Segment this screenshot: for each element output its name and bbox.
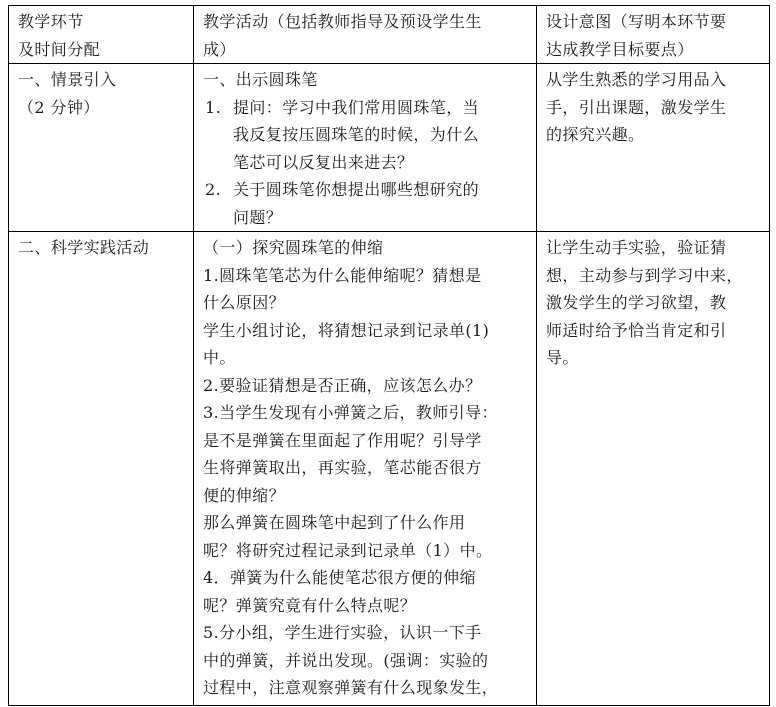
- header-intent-cell: 设计意图（写明本环节要 达成教学目标要点）: [537, 6, 770, 64]
- header-stage-line: 教学环节: [18, 8, 185, 36]
- intent-line: 手，引出课题，激发学生: [546, 94, 761, 122]
- activity-line: 学生小组讨论，将猜想记录到记录单(1): [203, 317, 528, 345]
- header-stage-cell: 教学环节 及时间分配: [9, 6, 194, 64]
- intent-cell: 让学生动手实验，验证猜 想，主动参与到学习中来， 激发学生的学习欲望，教 师适时…: [537, 232, 770, 706]
- header-activity-line: 教学活动（包括教师指导及预设学生生: [203, 8, 528, 36]
- activity-line: 那么弹簧在圆珠笔中起到了什么作用: [203, 509, 528, 537]
- activity-line: 呢？将研究过程记录到记录单（1）中。: [203, 537, 528, 565]
- activity-line: 中的弹簧，并说出发现。(强调：实验的: [203, 647, 528, 675]
- stage-cell: 一、情景引入 （2 分钟）: [9, 64, 194, 232]
- activity-line: 什么原因？: [203, 289, 528, 317]
- intent-line: 师适时给予恰当肯定和引: [546, 317, 761, 345]
- list-number: 2.: [203, 176, 233, 231]
- activity-list-item: 1. 提问：学习中我们常用圆珠笔，当 我反复按压圆珠笔的时候，为什么 笔芯可以反…: [203, 94, 528, 177]
- table-row-practice: 二、科学实践活动 （一）探究圆珠笔的伸缩 1.圆珠笔笔芯为什么能伸缩呢？猜想是 …: [9, 232, 770, 706]
- header-intent-line: 设计意图（写明本环节要: [546, 8, 761, 36]
- activity-line: 5.分小组，学生进行实验，认识一下手: [203, 619, 528, 647]
- activity-line: 1.圆珠笔笔芯为什么能伸缩呢？猜想是: [203, 262, 528, 290]
- activity-line: 生将弹簧取出，再实验，笔芯能否很方: [203, 454, 528, 482]
- activity-list-item: 2. 关于圆珠笔你想提出哪些想研究的 问题？: [203, 176, 528, 231]
- activity-line: 4．弹簧为什么能使笔芯很方便的伸缩: [203, 564, 528, 592]
- intent-line: 想，主动参与到学习中来，: [546, 262, 761, 290]
- lesson-plan-table: 教学环节 及时间分配 教学活动（包括教师指导及预设学生生 成） 设计意图（写明本…: [8, 5, 770, 706]
- list-item-line: 问题？: [233, 204, 528, 232]
- activity-cell: （一）探究圆珠笔的伸缩 1.圆珠笔笔芯为什么能伸缩呢？猜想是 什么原因？ 学生小…: [194, 232, 537, 706]
- activity-line: 便的伸缩？: [203, 482, 528, 510]
- activity-line: 3.当学生发现有小弹簧之后，教师引导：: [203, 399, 528, 427]
- header-activity-cell: 教学活动（包括教师指导及预设学生生 成）: [194, 6, 537, 64]
- table-row-intro: 一、情景引入 （2 分钟） 一、出示圆珠笔 1. 提问：学习中我们常用圆珠笔，当…: [9, 64, 770, 232]
- activity-line: 呢？弹簧究竟有什么特点呢？: [203, 592, 528, 620]
- list-item-line: 笔芯可以反复出来进去？: [233, 149, 528, 177]
- stage-title: 二、科学实践活动: [18, 234, 185, 262]
- intent-line: 让学生动手实验，验证猜: [546, 234, 761, 262]
- activity-line: 过程中，注意观察弹簧有什么现象发生，: [203, 674, 528, 702]
- stage-title: 一、情景引入: [18, 66, 185, 94]
- header-stage-line: 及时间分配: [18, 36, 185, 64]
- list-item-line: 我反复按压圆珠笔的时候，为什么: [233, 121, 528, 149]
- activity-line: 中。: [203, 344, 528, 372]
- intent-cell: 从学生熟悉的学习用品入 手，引出课题，激发学生 的探究兴趣。: [537, 64, 770, 232]
- header-activity-line: 成）: [203, 36, 528, 64]
- list-item-line: 关于圆珠笔你想提出哪些想研究的: [233, 176, 528, 204]
- intent-line: 激发学生的学习欲望，教: [546, 289, 761, 317]
- activity-title: 一、出示圆珠笔: [203, 66, 528, 94]
- list-number: 1.: [203, 94, 233, 177]
- activity-subtitle: （一）探究圆珠笔的伸缩: [203, 234, 528, 262]
- activity-cell: 一、出示圆珠笔 1. 提问：学习中我们常用圆珠笔，当 我反复按压圆珠笔的时候，为…: [194, 64, 537, 232]
- list-item-line: 提问：学习中我们常用圆珠笔，当: [233, 94, 528, 122]
- activity-line: 2.要验证猜想是否正确，应该怎么办？: [203, 372, 528, 400]
- stage-duration: （2 分钟）: [18, 94, 185, 122]
- activity-line: 是不是弹簧在里面起了作用呢？引导学: [203, 427, 528, 455]
- intent-line: 从学生熟悉的学习用品入: [546, 66, 761, 94]
- table-header-row: 教学环节 及时间分配 教学活动（包括教师指导及预设学生生 成） 设计意图（写明本…: [9, 6, 770, 64]
- intent-line: 导。: [546, 344, 761, 372]
- header-intent-line: 达成教学目标要点）: [546, 36, 761, 64]
- intent-line: 的探究兴趣。: [546, 121, 761, 149]
- stage-cell: 二、科学实践活动: [9, 232, 194, 706]
